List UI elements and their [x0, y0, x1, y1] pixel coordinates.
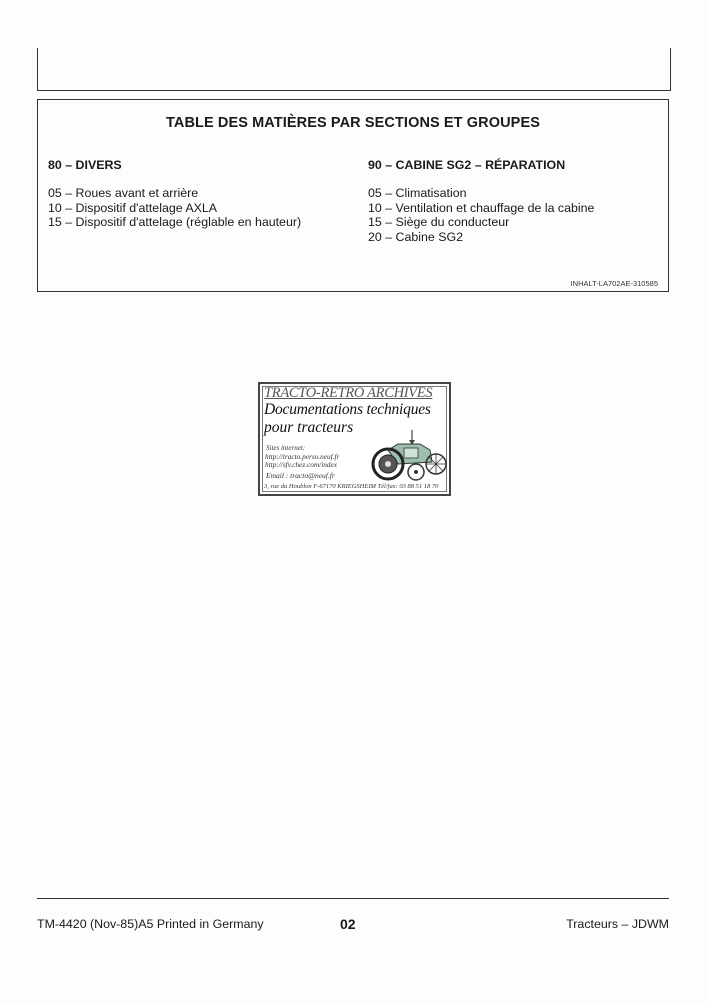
group-item: 05 – Climatisation — [368, 186, 594, 200]
section-heading: 80 – DIVERS — [48, 158, 301, 172]
footer-publication: TM-4420 (Nov-85)A5 Printed in Germany — [37, 917, 264, 931]
toc-title: TABLE DES MATIÈRES PAR SECTIONS ET GROUP… — [38, 115, 668, 131]
group-item: 20 – Cabine SG2 — [368, 230, 594, 244]
stamp-tagline-2: pour tracteurs — [264, 419, 353, 437]
section-90: 90 – CABINE SG2 – RÉPARATION 05 – Climat… — [368, 158, 594, 244]
group-item: 15 – Dispositif d'attelage (réglable en … — [48, 215, 301, 229]
group-item: 15 – Siège du conducteur — [368, 215, 594, 229]
table-of-contents: TABLE DES MATIÈRES PAR SECTIONS ET GROUP… — [37, 99, 669, 292]
group-item: 05 – Roues avant et arrière — [48, 186, 301, 200]
group-item: 10 – Dispositif d'attelage AXLA — [48, 201, 301, 215]
stamp-email: Email : tracto@neuf.fr — [266, 471, 335, 480]
footer-divider — [37, 898, 669, 899]
archive-stamp: TRACTO-RETRO ARCHIVES Documentations tec… — [258, 382, 451, 496]
page-number: 02 — [340, 916, 356, 932]
tractor-icon — [368, 428, 448, 484]
stamp-name: TRACTO-RETRO ARCHIVES — [264, 385, 432, 402]
stamp-sites-label: Sites internet: — [266, 444, 305, 452]
document-reference: INHALT-LA702AE-310585 — [571, 279, 658, 288]
stamp-address: 3, rue du Houblon F-67170 KRIEGSHEIM Tél… — [264, 483, 438, 490]
stamp-site-link[interactable]: http://sfv.chez.com/index — [265, 460, 337, 469]
stamp-tagline-1: Documentations techniques — [264, 401, 431, 419]
footer-title: Tracteurs – JDWM — [566, 917, 669, 931]
group-item: 10 – Ventilation et chauffage de la cabi… — [368, 201, 594, 215]
header-frame — [37, 48, 671, 91]
section-80: 80 – DIVERS 05 – Roues avant et arrière … — [48, 158, 301, 230]
section-heading: 90 – CABINE SG2 – RÉPARATION — [368, 158, 594, 172]
